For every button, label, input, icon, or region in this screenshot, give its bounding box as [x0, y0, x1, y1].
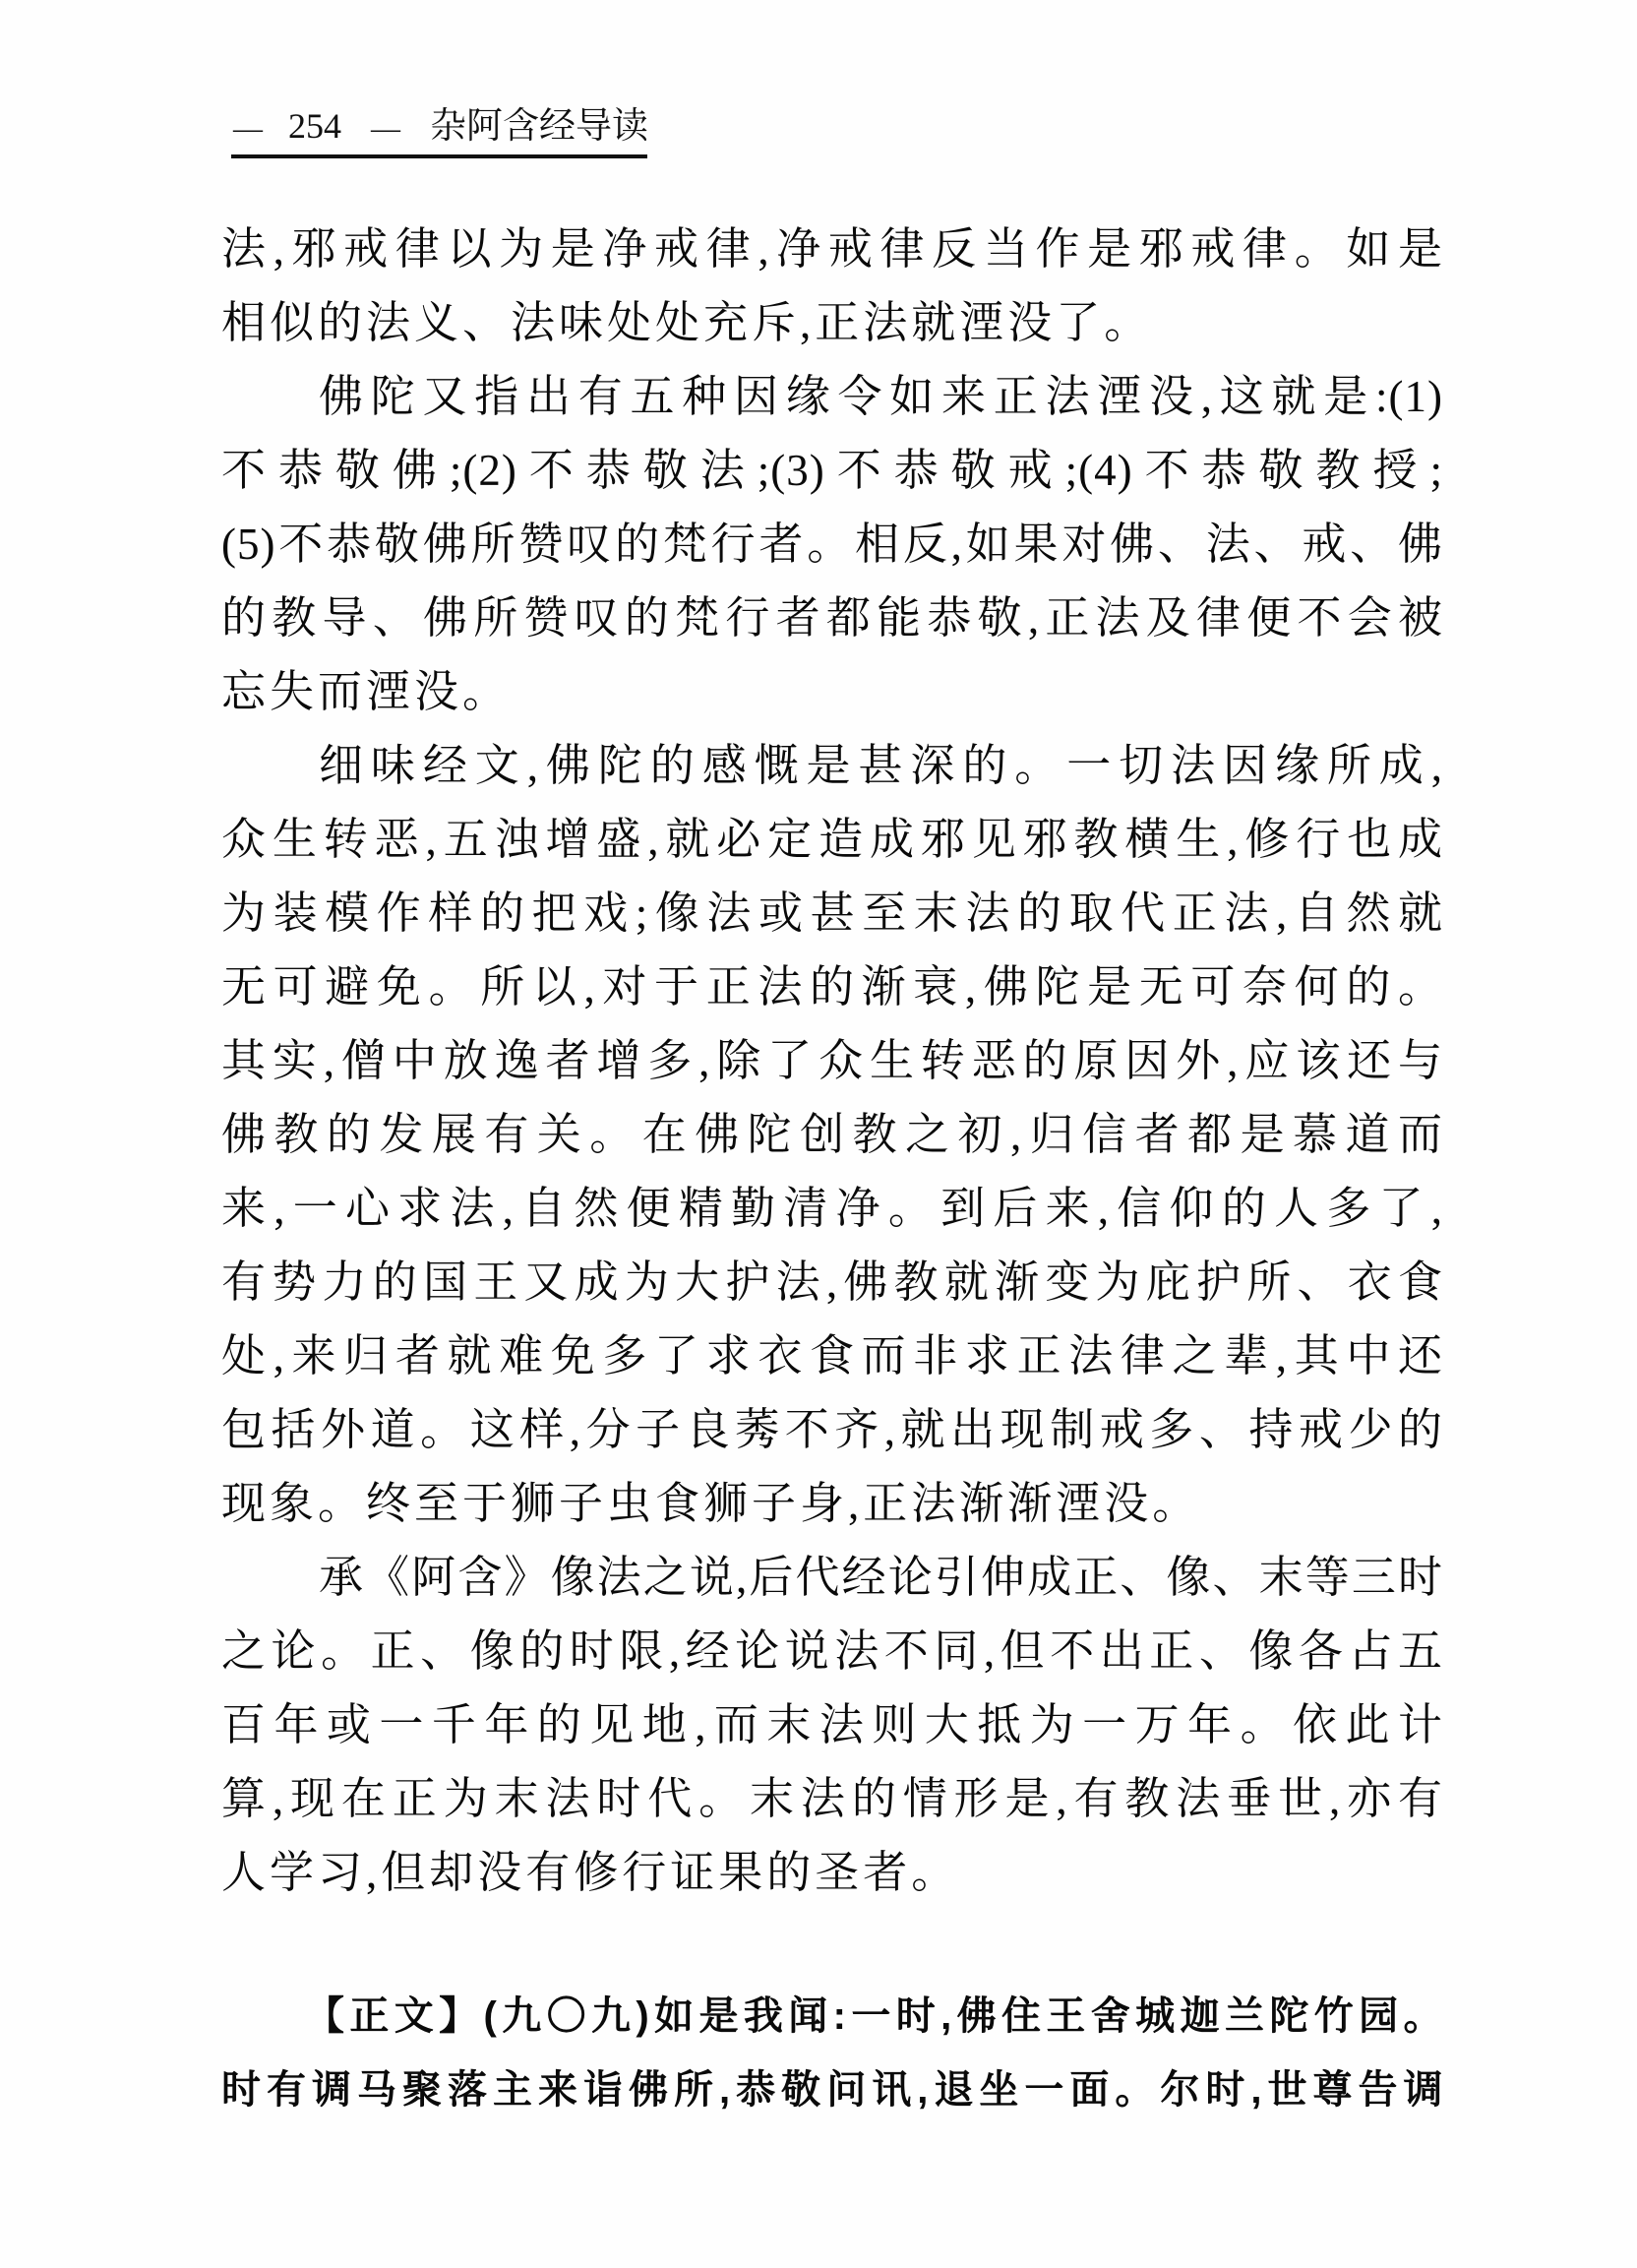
header-dash-left: — [233, 105, 263, 153]
body-line: 法,邪戒律以为是净戒律,净戒律反当作是邪戒律。如是 [221, 213, 1443, 286]
body-line: 佛陀又指出有五种因缘令如来正法湮没,这就是:(1) [221, 360, 1443, 434]
header-underline [231, 154, 647, 158]
book-page: — 254 — 杂阿含经导读 法,邪戒律以为是净戒律,净戒律反当作是邪戒律。如是… [0, 0, 1637, 2268]
body-line: 来,一心求法,自然便精勤清净。到后来,信仰的人多了, [221, 1172, 1443, 1246]
body-line: 算,现在正为末法时代。末法的情形是,有教法垂世,亦有 [221, 1762, 1443, 1836]
body-line: 佛教的发展有关。在佛陀创教之初,归信者都是慕道而 [221, 1098, 1443, 1172]
body-line: 承《阿含》像法之说,后代经论引伸成正、像、末等三时 [221, 1541, 1443, 1615]
scripture-text: 【正文】(九〇九)如是我闻:一时,佛住王舍城迦兰陀竹园。 时有调马聚落主来诣佛所… [221, 1980, 1443, 2127]
body-line: 众生转恶,五浊增盛,就必定造成邪见邪教横生,修行也成 [221, 803, 1443, 877]
body-line: 处,来归者就难免多了求衣食而非求正法律之辈,其中还 [221, 1319, 1443, 1393]
header-dash-right: — [371, 105, 400, 153]
body-line: 不恭敬佛;(2)不恭敬法;(3)不恭敬戒;(4)不恭敬教授; [221, 434, 1443, 508]
page-number: 254 [288, 102, 341, 150]
body-line: 人学习,但却没有修行证果的圣者。 [221, 1836, 1443, 1910]
scripture-line: 时有调马聚落主来诣佛所,恭敬问讯,退坐一面。尔时,世尊告调 [221, 2053, 1443, 2127]
scripture-line: 【正文】(九〇九)如是我闻:一时,佛住王舍城迦兰陀竹园。 [221, 1980, 1443, 2053]
body-line: 百年或一千年的见地,而末法则大抵为一万年。依此计 [221, 1688, 1443, 1762]
page-header: — 254 — 杂阿含经导读 [233, 102, 648, 153]
body-line: 现象。终至于狮子虫食狮子身,正法渐渐湮没。 [221, 1467, 1443, 1541]
body-line: 有势力的国王又成为大护法,佛教就渐变为庇护所、衣食 [221, 1246, 1443, 1319]
body-line: (5)不恭敬佛所赞叹的梵行者。相反,如果对佛、法、戒、佛 [221, 508, 1443, 582]
book-title: 杂阿含经导读 [430, 103, 648, 151]
body-text: 法,邪戒律以为是净戒律,净戒律反当作是邪戒律。如是 相似的法义、法味处处充斥,正… [221, 213, 1443, 1910]
body-line: 为装模作样的把戏;像法或甚至末法的取代正法,自然就 [221, 877, 1443, 950]
body-line: 包括外道。这样,分子良莠不齐,就出现制戒多、持戒少的 [221, 1393, 1443, 1467]
body-line: 的教导、佛所赞叹的梵行者都能恭敬,正法及律便不会被 [221, 582, 1443, 655]
body-line: 无可避免。所以,对于正法的渐衰,佛陀是无可奈何的。 [221, 950, 1443, 1024]
body-line: 细味经文,佛陀的感慨是甚深的。一切法因缘所成, [221, 729, 1443, 803]
body-line: 相似的法义、法味处处充斥,正法就湮没了。 [221, 286, 1443, 360]
body-line: 之论。正、像的时限,经论说法不同,但不出正、像各占五 [221, 1615, 1443, 1688]
body-line: 忘失而湮没。 [221, 655, 1443, 729]
body-line: 其实,僧中放逸者增多,除了众生转恶的原因外,应该还与 [221, 1024, 1443, 1098]
